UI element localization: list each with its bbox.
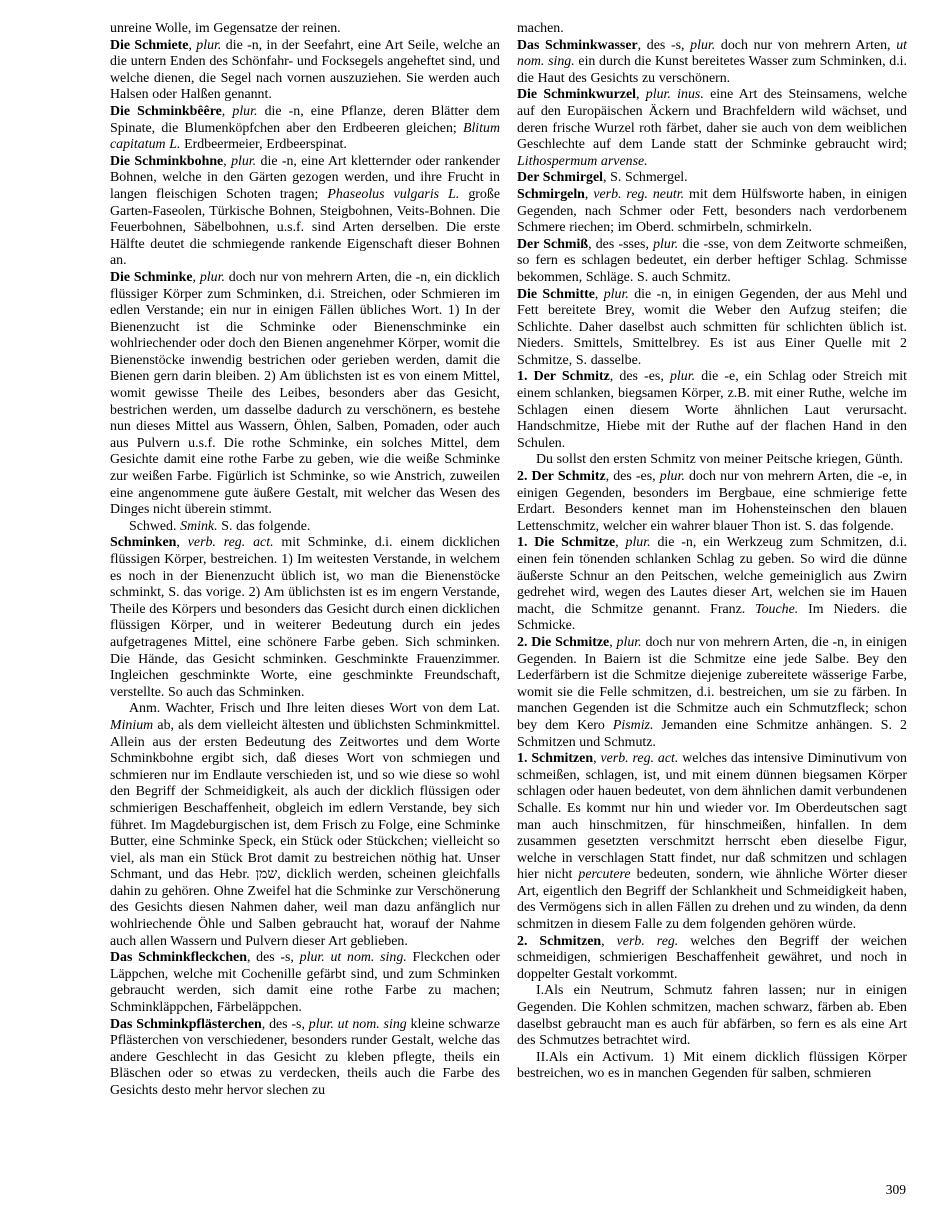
body-text: , des -es, [610,369,670,384]
body-text: , des -sses, [588,237,653,252]
italic-term: plur. [617,635,642,650]
headword: 1. Schmitzen [517,751,593,766]
headword: Die Schminkwurzel [517,87,636,102]
note-als-activum: II.Als ein Activum. 1) Mit einem dicklic… [517,1050,907,1083]
body-text: , des -s, [247,950,300,965]
headword: Der Schmiß [517,237,588,252]
body-text: doch nur von mehrern Arten, [715,38,896,53]
entry-1-schmitzen: 1. Schmitzen, verb. reg. act. welches da… [517,751,907,934]
italic-term: plur. [200,270,225,285]
body-text: Erdbeermeier, Erdbeerspinat. [180,137,346,152]
headword: 1. Der Schmitz [517,369,610,384]
headword: Das Schminkwasser [517,38,638,53]
body-text: doch nur von mehrern Arten, die -n, ein … [110,270,500,517]
headword: 1. Die Schmitze [517,535,615,550]
continuation-machen: machen. [517,21,907,38]
body-text: II.Als ein Activum. 1) Mit einem dicklic… [517,1050,907,1082]
italic-term: verb. reg. act. [188,535,274,550]
body-text: , des -s, [262,1017,309,1032]
body-text: I.Als ein Neutrum, Schmutz fahren lassen… [517,983,907,1048]
headword: Die Schmiete [110,38,188,53]
body-text: mit Schminke, d.i. einem dicklichen flüs… [110,535,500,699]
italic-term: plur. [660,469,685,484]
entry-2-der-schmitz: 2. Der Schmitz, des -es, plur. doch nur … [517,469,907,535]
italic-term: plur. [604,287,629,302]
body-text: , [636,87,646,102]
italic-term: Pismiz. [613,718,654,733]
note-als-neutrum: I.Als ein Neutrum, Schmutz fahren lassen… [517,983,907,1049]
body-text: , [176,535,187,550]
italic-term: plur. [690,38,715,53]
entry-2-die-schmitze: 2. Die Schmitze, plur. doch nur von mehr… [517,635,907,751]
body-text: , [222,104,233,119]
entry-schmirgeln: Schmirgeln, verb. reg. neutr. mit dem Hü… [517,187,907,237]
entry-die-schmiete: Die Schmiete, plur. die -n, in der Seefa… [110,38,500,104]
left-column: unreine Wolle, im Gegensatze der reinen.… [110,21,500,1100]
italic-term: plur. [670,369,695,384]
italic-term: verb. reg. act. [600,751,678,766]
note-schwed-smink: Schwed. Smink. S. das folgende. [110,519,500,536]
body-text: , S. Schmergel. [603,170,688,185]
right-column: machen.Das Schminkwasser, des -s, plur. … [517,21,907,1100]
headword: Schminken [110,535,176,550]
italic-term: plur. ut nom. sing [309,1017,407,1032]
body-text: Du sollst den ersten Schmitz von meiner … [536,452,903,467]
italic-term: plur. inus. [646,87,704,102]
entry-der-schmirgel: Der Schmirgel, S. Schmergel. [517,170,907,187]
note-anm-wachter: Anm. Wachter, Frisch und Ihre leiten die… [110,701,500,950]
entry-die-schminkbohne: Die Schminkbohne, plur. die -n, eine Art… [110,154,500,270]
body-text: , des -s, [638,38,690,53]
italic-term: verb. reg. [617,934,679,949]
body-text: S. das folgende. [218,519,311,534]
entry-das-schminkpflaesterchen: Das Schminkpflästerchen, des -s, plur. u… [110,1017,500,1100]
dictionary-page: unreine Wolle, im Gegensatze der reinen.… [0,0,935,1210]
headword: 2. Die Schmitze [517,635,609,650]
entry-die-schmitte: Die Schmitte, plur. die -n, in einigen G… [517,287,907,370]
body-text: Schwed. [129,519,180,534]
headword: Schmirgeln [517,187,585,202]
continuation-unreine-wolle: unreine Wolle, im Gegensatze der reinen. [110,21,500,38]
body-text: machen. [517,21,564,36]
headword: Die Schminke [110,270,193,285]
italic-term: plur. [231,154,256,169]
headword: Die Schminkbohne [110,154,223,169]
italic-term: plur. [232,104,257,119]
body-text: , [223,154,231,169]
body-text: Anm. Wachter, Frisch und Ihre leiten die… [129,701,500,716]
headword: Das Schminkfleckchen [110,950,247,965]
quote-guenther: Du sollst den ersten Schmitz von meiner … [517,452,907,469]
entry-1-der-schmitz: 1. Der Schmitz, des -es, plur. die -e, e… [517,369,907,452]
entry-der-schmiss: Der Schmiß, des -sses, plur. die -sse, v… [517,237,907,287]
entry-1-die-schmitze: 1. Die Schmitze, plur. die -n, ein Werkz… [517,535,907,635]
body-text: , [609,635,616,650]
headword: Die Schmitte [517,287,595,302]
body-text: ein durch die Kunst bereitetes Wasser zu… [517,54,907,86]
italic-term: Smink. [180,519,217,534]
body-text: ab, als dem vielleicht ältesten und übli… [110,718,500,949]
italic-term: Phaseolus vulgaris L. [327,187,459,202]
entry-2-schmitzen: 2. Schmitzen, verb. reg. welches den Beg… [517,934,907,984]
entry-das-schminkfleckchen: Das Schminkfleckchen, des -s, plur. ut n… [110,950,500,1016]
body-text: welches das intensive Diminutivum von sc… [517,751,907,882]
italic-term: plur. [653,237,678,252]
body-text: , des -es, [606,469,660,484]
entry-die-schminkwurzel: Die Schminkwurzel, plur. inus. eine Art … [517,87,907,170]
body-text: , [193,270,200,285]
headword: Das Schminkpflästerchen [110,1017,262,1032]
headword: Der Schmirgel [517,170,603,185]
entry-die-schminkbeere: Die Schminkbêêre, plur. die -n, eine Pfl… [110,104,500,154]
italic-term: Touche. [755,602,798,617]
italic-term: Lithospermum arvense. [517,154,648,169]
headword: Die Schminkbêêre [110,104,222,119]
text-columns: unreine Wolle, im Gegensatze der reinen.… [0,0,935,1100]
italic-term: plur. [196,38,221,53]
italic-term: plur. [626,535,651,550]
entry-die-schminke: Die Schminke, plur. doch nur von mehrern… [110,270,500,519]
entry-das-schminkwasser: Das Schminkwasser, des -s, plur. doch nu… [517,38,907,88]
body-text: , [601,934,616,949]
body-text: unreine Wolle, im Gegensatze der reinen. [110,21,341,36]
page-number: 309 [886,1183,906,1197]
italic-term: verb. reg. neutr. [593,187,684,202]
body-text: , [615,535,625,550]
entry-schminken: Schminken, verb. reg. act. mit Schminke,… [110,535,500,701]
italic-term: percutere [578,867,630,882]
italic-term: plur. ut nom. sing. [300,950,407,965]
body-text: , [595,287,604,302]
italic-term: Minium [110,718,153,733]
headword: 2. Der Schmitz [517,469,606,484]
headword: 2. Schmitzen [517,934,601,949]
